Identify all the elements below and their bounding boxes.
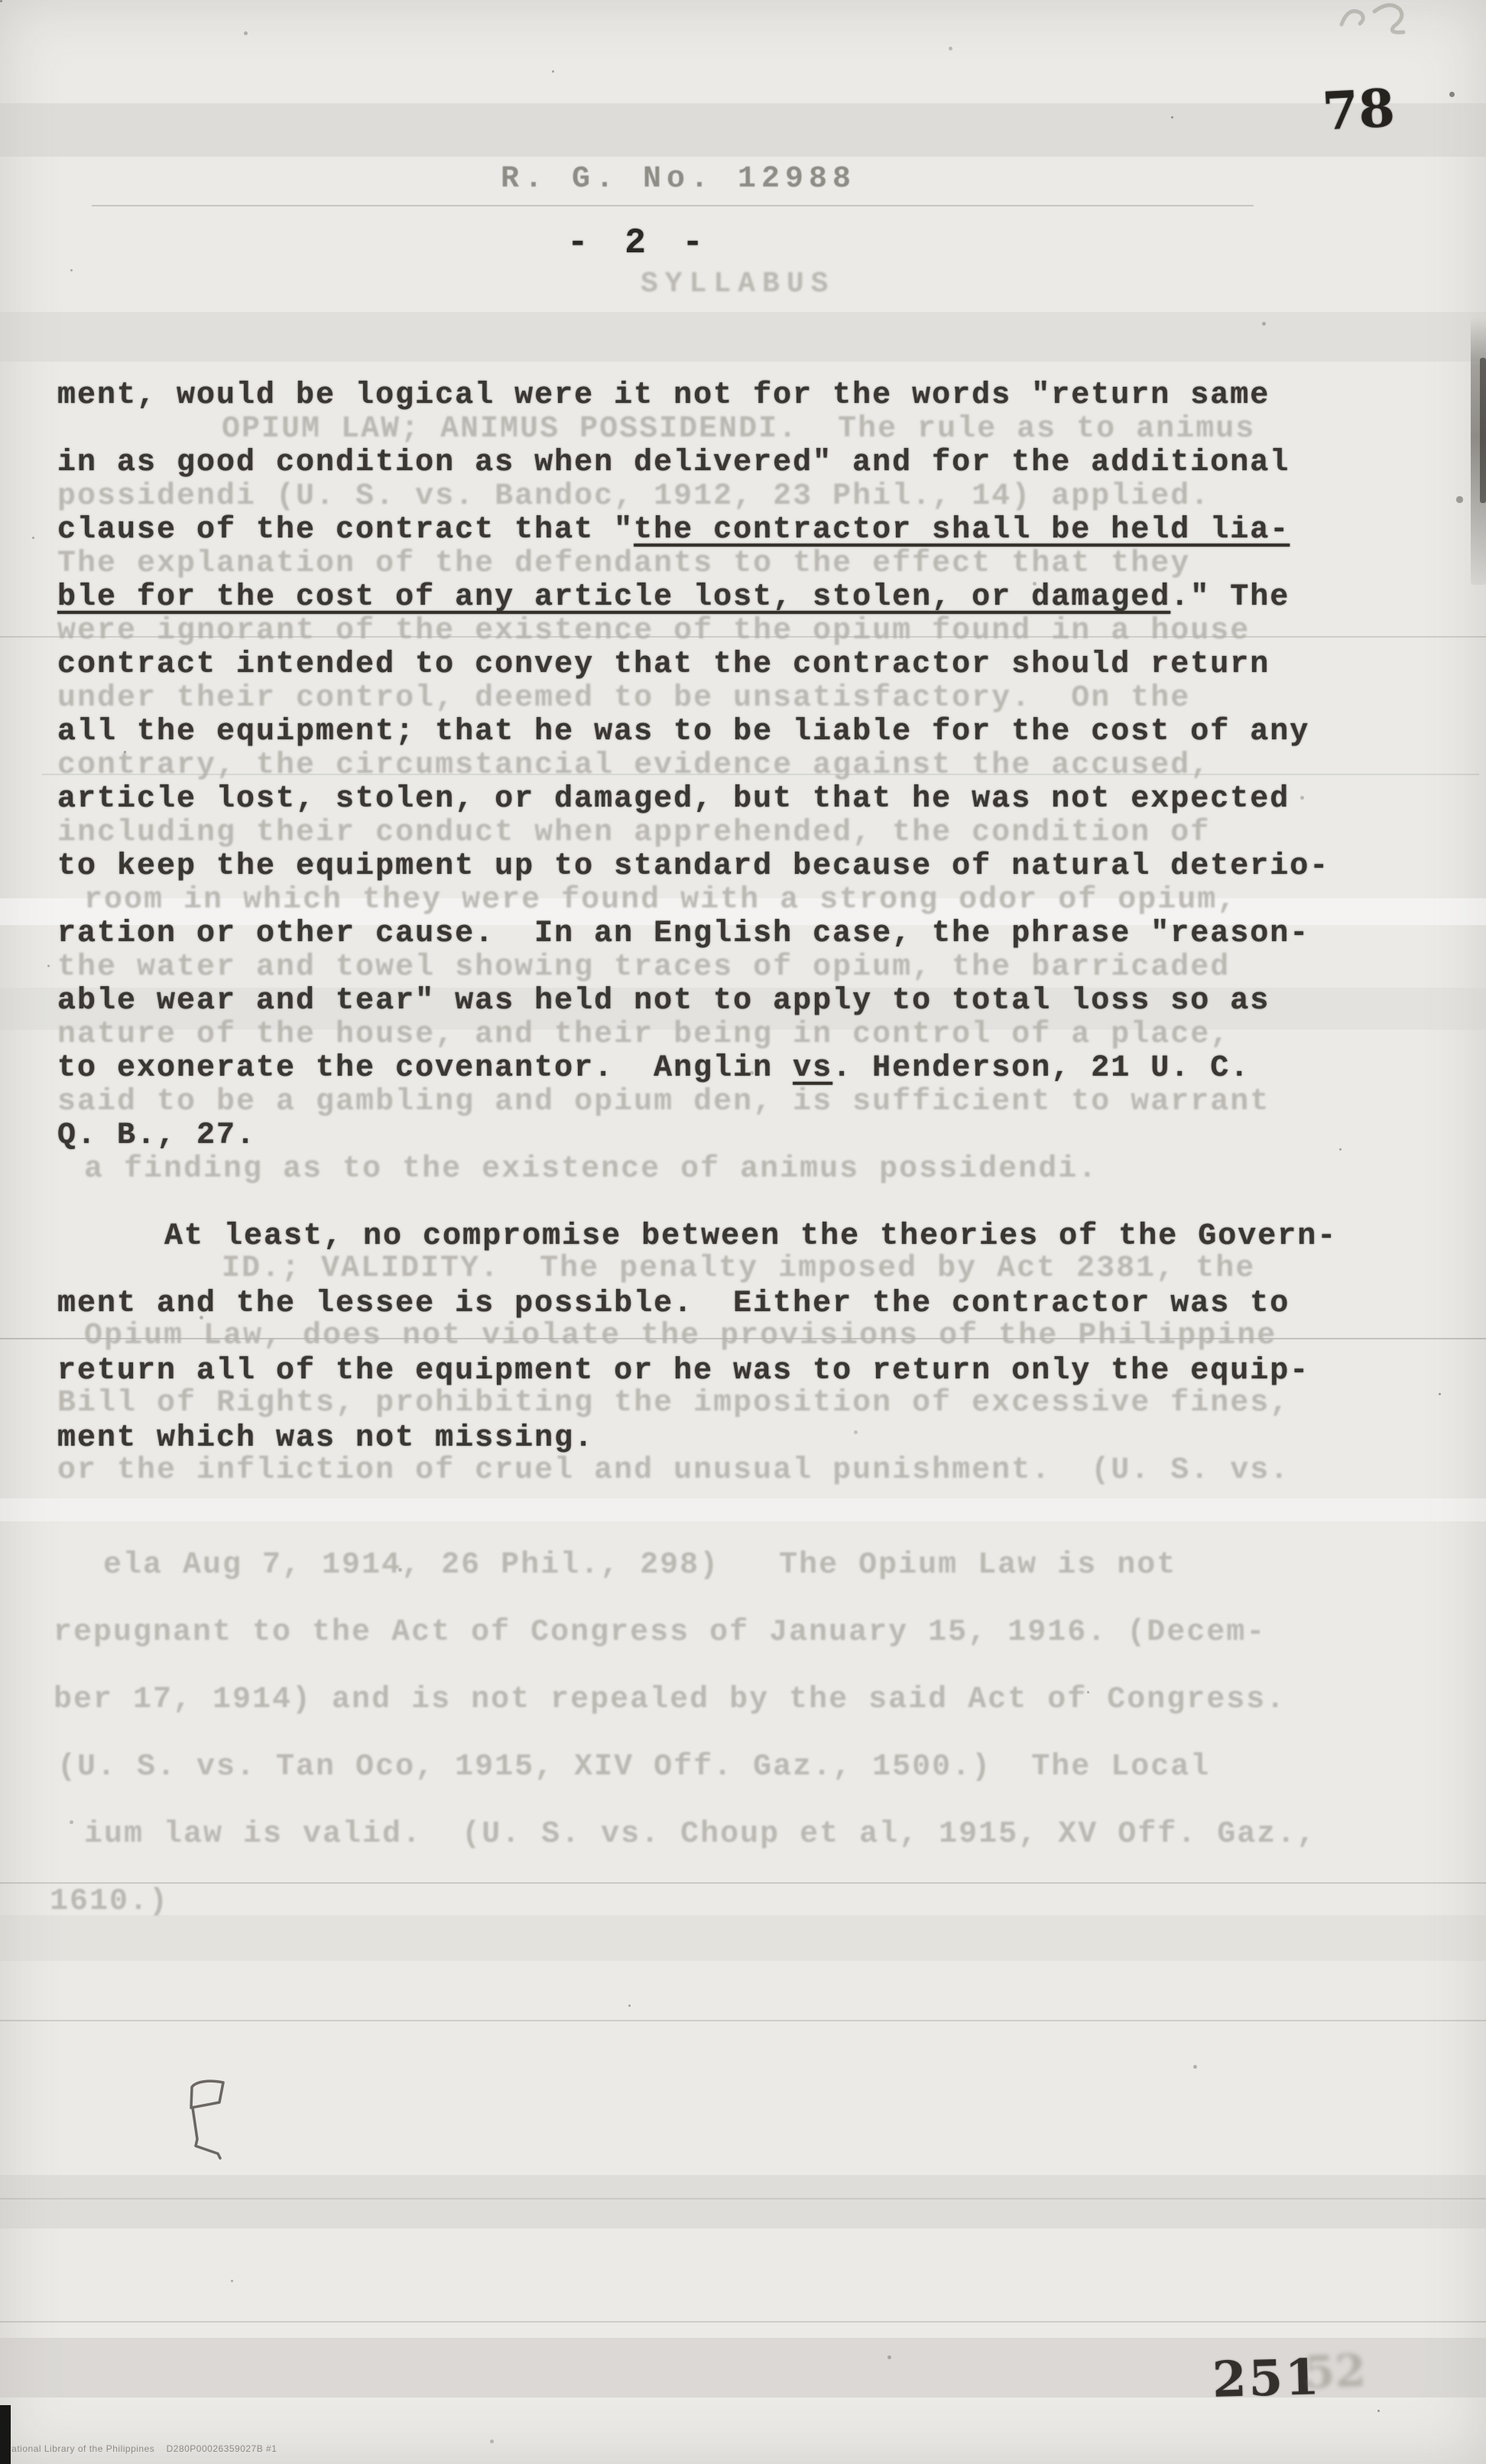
text: to exonerate the covenantor. Anglin (57, 1051, 793, 1086)
text: ium law is valid. (U. S. vs. Choup et al… (84, 1817, 1316, 1852)
ghost-bleedthrough-line: ela Aug 7, 1914, 26 Phil., 298) The Opiu… (103, 1550, 1176, 1581)
ghost-bleedthrough-line: possidendi (U. S. vs. Bandoc, 1912, 23 P… (57, 482, 1210, 512)
text: were ignorant of the existence of the op… (57, 614, 1250, 648)
typed-line: to exonerate the covenantor. Anglin vs. … (57, 1053, 1250, 1084)
ghost-bleedthrough-line: 1610.) (50, 1887, 169, 1917)
ghost-bleedthrough-line: including their conduct when apprehended… (57, 818, 1210, 849)
scan-hairline (0, 2020, 1486, 2021)
ghost-bleedthrough-line: said to be a gambling and opium den, is … (57, 1087, 1270, 1118)
text: nature of the house, and their being in … (57, 1018, 1230, 1052)
text: contrary, the circumstancial evidence ag… (57, 748, 1210, 783)
text: the water and towel showing traces of op… (57, 950, 1230, 985)
typed-line: able wear and tear" was held not to appl… (57, 986, 1270, 1017)
text: contract intended to convey that the con… (57, 648, 1270, 682)
text: ment, would be logical were it not for t… (57, 378, 1270, 413)
typed-line: to keep the equipment up to standard bec… (57, 852, 1329, 882)
text: ment which was not missing. (57, 1421, 594, 1456)
scan-hairline (0, 2321, 1486, 2323)
ghost-bleedthrough-line: the water and towel showing traces of op… (57, 953, 1230, 983)
scan-hairline (0, 1882, 1486, 1884)
text: article lost, stolen, or damaged, but th… (57, 782, 1290, 816)
text: . Henderson, 21 U. C. (832, 1051, 1250, 1086)
paper-specks (0, 0, 2, 2)
text: repugnant to the Act of Congress of Janu… (54, 1615, 1266, 1650)
text: clause of the contract that " (57, 513, 634, 547)
text: to keep the equipment up to standard bec… (57, 849, 1329, 884)
text: Bill of Rights, prohibiting the impositi… (57, 1386, 1290, 1420)
scan-hairline (92, 205, 1254, 206)
text: including their conduct when apprehended… (57, 816, 1210, 850)
text: all the equipment; that he was to be lia… (57, 715, 1309, 749)
scan-edge-streak-dark (1480, 358, 1486, 503)
library-watermark: National Library of the Philippines D280… (5, 2443, 277, 2454)
text: OPIUM LAW; ANIMUS POSSIDENDI. The rule a… (222, 412, 1255, 446)
typed-line: article lost, stolen, or damaged, but th… (57, 784, 1290, 815)
ghost-bleedthrough-line: Opium Law, does not violate the provisio… (84, 1321, 1277, 1352)
ghost-bleedthrough-line: or the infliction of cruel and unusual p… (57, 1456, 1290, 1486)
pencil-flag-doodle (191, 2081, 223, 2158)
scan-band (0, 103, 1486, 157)
text: Opium Law, does not violate the provisio… (84, 1319, 1277, 1353)
page-number-marker: - 2 - (567, 223, 711, 263)
ghost-bleedthrough-line: Bill of Rights, prohibiting the impositi… (57, 1388, 1290, 1419)
text: room in which they were found with a str… (84, 883, 1237, 917)
typed-line: in as good condition as when delivered" … (57, 448, 1290, 479)
handwritten-page-number: 78 (1321, 78, 1397, 143)
text: in as good condition as when delivered" … (57, 446, 1290, 480)
document-number: R. G. No. 12988 (501, 162, 856, 196)
ghost-bleedthrough-line: nature of the house, and their being in … (57, 1020, 1230, 1050)
scan-hairline (0, 2198, 1486, 2199)
typed-line: At least, no compromise between the theo… (164, 1222, 1337, 1252)
typed-line: contract intended to convey that the con… (57, 650, 1270, 680)
text: able wear and tear" was held not to appl… (57, 984, 1270, 1018)
underlined-text: ble for the cost of any article lost, st… (57, 580, 1170, 615)
underlined-text: the contractor shall be held lia- (634, 513, 1290, 547)
stamp-ghost-number: 52 (1303, 2345, 1367, 2399)
scan-band (0, 2175, 1486, 2229)
typed-line: clause of the contract that "the contrac… (57, 515, 1290, 546)
text: or the infliction of cruel and unusual p… (57, 1453, 1290, 1488)
text: The explanation of the defendants to the… (57, 547, 1190, 581)
ghost-bleedthrough-line: ID.; VALIDITY. The penalty imposed by Ac… (222, 1254, 1255, 1284)
text: said to be a gambling and opium den, is … (57, 1085, 1270, 1119)
underlined-text: vs (793, 1051, 832, 1086)
text: 1610.) (50, 1885, 169, 1919)
text: At least, no compromise between the theo… (164, 1219, 1337, 1254)
typed-line: ration or other cause. In an English cas… (57, 919, 1309, 950)
text: ID.; VALIDITY. The penalty imposed by Ac… (222, 1251, 1255, 1286)
typed-line: Q. B., 27. (57, 1121, 256, 1151)
typed-line: ment and the lessee is possible. Either … (57, 1289, 1290, 1320)
ghost-bleedthrough-line: OPIUM LAW; ANIMUS POSSIDENDI. The rule a… (222, 414, 1255, 445)
ghost-bleedthrough-line: room in which they were found with a str… (84, 885, 1237, 916)
text: (U. S. vs. Tan Oco, 1915, XIV Off. Gaz.,… (57, 1750, 1210, 1784)
text: ration or other cause. In an English cas… (57, 917, 1309, 951)
ghost-bleedthrough-line: The explanation of the defendants to the… (57, 549, 1190, 579)
text: possidendi (U. S. vs. Bandoc, 1912, 23 P… (57, 479, 1210, 514)
typed-line: all the equipment; that he was to be lia… (57, 717, 1309, 748)
text: ." The (1170, 580, 1290, 615)
ghost-bleedthrough-line: contrary, the circumstancial evidence ag… (57, 751, 1210, 781)
typed-line: ment which was not missing. (57, 1424, 594, 1454)
ghost-bleedthrough-line: a finding as to the existence of animus … (84, 1154, 1098, 1185)
text: ment and the lessee is possible. Either … (57, 1287, 1290, 1321)
typed-line: return all of the equipment or he was to… (57, 1356, 1309, 1387)
scan-band (0, 1915, 1486, 1961)
ghost-bleedthrough-line: ber 17, 1914) and is not repealed by the… (54, 1685, 1286, 1716)
text: ber 17, 1914) and is not repealed by the… (54, 1683, 1286, 1717)
text: return all of the equipment or he was to… (57, 1354, 1309, 1388)
ghost-bleedthrough-line: (U. S. vs. Tan Oco, 1915, XIV Off. Gaz.,… (57, 1752, 1210, 1783)
ghost-bleedthrough-line: ium law is valid. (U. S. vs. Choup et al… (84, 1820, 1316, 1850)
scan-band (0, 1498, 1486, 1521)
typed-line: ble for the cost of any article lost, st… (57, 583, 1290, 613)
text: ela Aug 7, 1914, 26 Phil., 298) The Opiu… (103, 1548, 1176, 1583)
ghost-bleedthrough-line: repugnant to the Act of Congress of Janu… (54, 1618, 1266, 1648)
scan-edge-streak (1471, 317, 1486, 585)
text: under their control, deemed to be unsati… (57, 681, 1190, 716)
scan-edge-bar (0, 2405, 11, 2464)
typed-line: ment, would be logical were it not for t… (57, 381, 1270, 411)
text: a finding as to the existence of animus … (84, 1152, 1098, 1187)
pencil-squiggle-top-right (1342, 5, 1403, 33)
ghost-bleedthrough-line: were ignorant of the existence of the op… (57, 616, 1250, 647)
ghost-bleedthrough-line: under their control, deemed to be unsati… (57, 683, 1190, 714)
document-page: R. G. No. 12988 - 2 - SYLLABUS 78 ment, … (0, 0, 1486, 2464)
syllabus-ghost-heading: SYLLABUS (641, 268, 835, 300)
text: Q. B., 27. (57, 1118, 256, 1153)
scan-band (0, 312, 1486, 362)
